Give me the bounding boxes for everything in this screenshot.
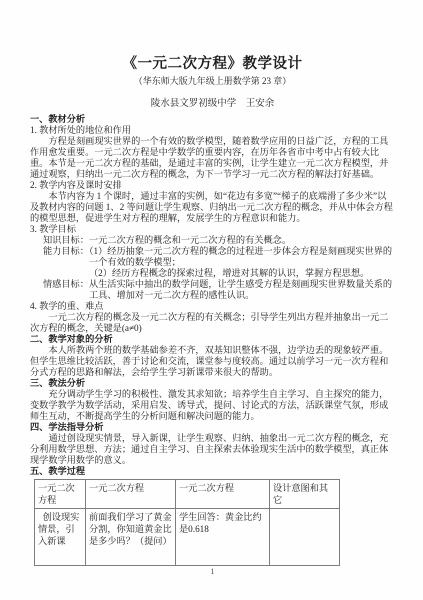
heading-learning-guidance: 四、学法指导分析 — [30, 422, 395, 433]
subheading-teaching-goals: 3. 教学目标 — [30, 224, 395, 235]
page-number: 1 — [30, 567, 395, 577]
table-header-design-intent: 设计意图和其它 — [270, 480, 340, 509]
goal-ability-2: （2）经历方程概念的探索过程，增进对其解的认识，掌握方程思想。 — [89, 268, 395, 279]
table-header-student-activity: 一元二次方程 — [176, 480, 270, 509]
heading-teaching-method: 三、教法分析 — [30, 378, 395, 389]
cell-teacher-activity: 前面我们学习了黄金分割，你知道黄金比是多少吗？（提问） — [86, 509, 176, 566]
doc-title: 《一元二次方程》教学设计 — [30, 55, 395, 73]
doc-subtitle: （华东师大版九年级上册数学第 23 章） — [30, 75, 395, 88]
table-header-row: 一元二次方程 一元二次方程 一元二次方程 设计意图和其它 — [35, 480, 340, 509]
paragraph-student-analysis: 本人所教两个班的数学基础参差不齐，双基知识整体不强，边学边丢的现象较严重。但学生… — [30, 345, 395, 378]
document-page: 《一元二次方程》教学设计 （华东师大版九年级上册数学第 23 章） 陵水县文罗初… — [0, 0, 423, 600]
table-header-stage: 一元二次方程 — [35, 480, 86, 509]
table-header-teacher-activity: 一元二次方程 — [86, 480, 176, 509]
cell-design-intent — [270, 509, 340, 566]
teaching-process-table: 一元二次方程 一元二次方程 一元二次方程 设计意图和其它 创设现实情景，引入新课… — [34, 479, 340, 566]
subheading-content-schedule: 2. 教学内容及课时安排 — [30, 180, 395, 191]
subheading-key-difficulties: 4. 教学的重、难点 — [30, 301, 395, 312]
cell-student-activity: 学生回答：黄金比约是0.618 — [176, 509, 270, 566]
paragraph-learning-guidance: 通过创设现实情景，导入新课，让学生观察、归纳、抽象出一元二次方程的概念，充分利用… — [30, 433, 395, 466]
goal-emotion: 情感目标：从生活实际中抽出的数学问题，让学生感受方程是刻画现实世界数量关系的工具… — [43, 279, 395, 301]
paragraph-teaching-method: 充分调动学生学习的积极性、激发其求知欲；培养学生自主学习、自主探究的能力，变数学… — [30, 389, 395, 422]
paragraph-key-difficulties: 一元二次方程的概念及一元二次方程的有关概念；引导学生列出方程并抽象出一元二次方程… — [30, 312, 395, 334]
paragraph-content-schedule: 本节内容为 1 个课时，通过丰富的实例，如“花边有多宽”“梯子的底端滑了多少米”… — [30, 191, 395, 224]
goal-ability: 能力目标：（1）经历抽象一元二次方程的概念的过程进一步体会方程是刻画现实世界的一… — [43, 246, 395, 268]
heading-teaching-process: 五、教学过程 — [30, 466, 395, 477]
cell-stage: 创设现实情景，引入新课 — [35, 509, 86, 566]
heading-material-analysis: 一、教材分析 — [30, 114, 395, 125]
document-body: 一、教材分析 1. 教材所处的地位和作用 方程是刻画现实世界的一个有效的数学模型… — [30, 114, 395, 577]
table-row: 创设现实情景，引入新课 前面我们学习了黄金分割，你知道黄金比是多少吗？（提问） … — [35, 509, 340, 566]
subheading-position-role: 1. 教材所处的地位和作用 — [30, 125, 395, 136]
goal-knowledge: 知识目标：一元二次方程的概念和一元二次方程的有关概念。 — [43, 235, 395, 246]
author-line: 陵水县文罗初级中学 王安余 — [30, 98, 395, 110]
heading-student-analysis: 二、教学对象的分析 — [30, 334, 395, 345]
paragraph-position-role: 方程是刻画现实世界的一个有效的数学模型，随着数学应用的日益广泛，方程的工具作用愈… — [30, 136, 395, 180]
